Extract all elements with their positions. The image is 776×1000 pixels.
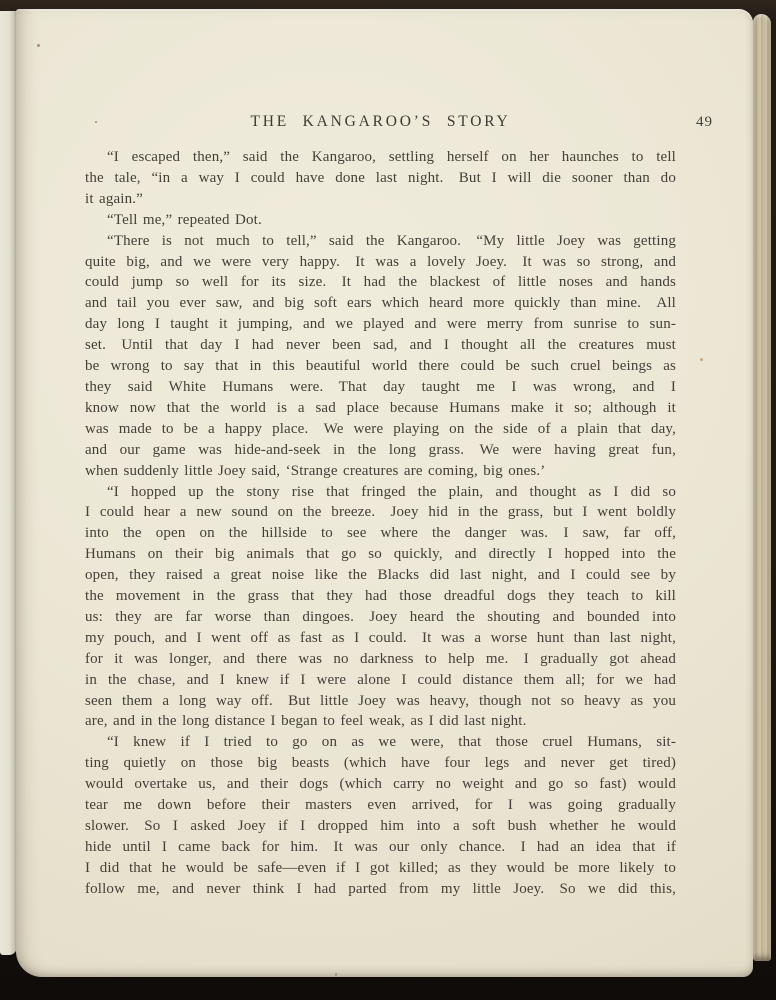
text-line: “Tell me,” repeated Dot. bbox=[85, 210, 676, 231]
text-line: hide until I came back for him. It was o… bbox=[85, 837, 676, 858]
gutter-page-edge bbox=[0, 11, 17, 955]
text-line: us: they are far worse than dingoes. Joe… bbox=[85, 607, 676, 628]
book-photo: THE KANGAROO’S STORY 49 “I escaped then,… bbox=[0, 0, 776, 1000]
fore-edge-page-stack bbox=[753, 14, 771, 961]
text-line: and our game was hide-and-seek in the lo… bbox=[85, 440, 676, 461]
age-speck bbox=[700, 358, 703, 361]
text-line: when suddenly little Joey said, ‘Strange… bbox=[85, 461, 676, 482]
text-line: are, and in the long distance I began to… bbox=[85, 711, 676, 732]
text-line: they said White Humans were. That day ta… bbox=[85, 377, 676, 398]
text-line: open, they raised a great noise like the… bbox=[85, 565, 676, 586]
text-line: was made to be a happy place. We were pl… bbox=[85, 419, 676, 440]
text-line: “I escaped then,” said the Kangaroo, set… bbox=[85, 147, 676, 168]
text-block: “I escaped then,” said the Kangaroo, set… bbox=[85, 147, 676, 900]
text-line: the movement in the grass that they had … bbox=[85, 586, 676, 607]
text-line: in the chase, and I knew if I were alone… bbox=[85, 670, 676, 691]
text-line: my pouch, and I went off as fast as I co… bbox=[85, 628, 676, 649]
text-line: follow me, and never think I had parted … bbox=[85, 879, 676, 900]
text-line: for it was longer, and there was no dark… bbox=[85, 649, 676, 670]
text-line: I could hear a new sound on the breeze. … bbox=[85, 502, 676, 523]
text-line: into the open on the hillside to see whe… bbox=[85, 523, 676, 544]
text-line: I did that he would be safe—even if I go… bbox=[85, 858, 676, 879]
text-line: know now that the world is a sad place b… bbox=[85, 398, 676, 419]
text-line: Humans on their big animals that go so q… bbox=[85, 544, 676, 565]
text-line: set. Until that day I had never been sad… bbox=[85, 335, 676, 356]
age-speck bbox=[335, 973, 337, 976]
running-title: THE KANGAROO’S STORY bbox=[250, 113, 510, 130]
text-line: could jump so well for its size. It had … bbox=[85, 272, 676, 293]
book-page: THE KANGAROO’S STORY 49 “I escaped then,… bbox=[16, 9, 753, 977]
text-line: slower. So I asked Joey if I dropped him… bbox=[85, 816, 676, 837]
text-line: be wrong to say that in this beautiful w… bbox=[85, 356, 676, 377]
text-line: would overtake us, and their dogs (which… bbox=[85, 774, 676, 795]
text-line: day long I taught it jumping, and we pla… bbox=[85, 314, 676, 335]
text-line: quite big, and we were very happy. It wa… bbox=[85, 252, 676, 273]
text-line: the tale, “in a way I could have done la… bbox=[85, 168, 676, 189]
age-speck bbox=[95, 121, 97, 123]
text-line: ting quietly on those big beasts (which … bbox=[85, 753, 676, 774]
text-line: “There is not much to tell,” said the Ka… bbox=[85, 231, 676, 252]
text-line: it again.” bbox=[85, 189, 676, 210]
text-line: tear me down before their masters even a… bbox=[85, 795, 676, 816]
text-line: seen them a long way off. But little Joe… bbox=[85, 691, 676, 712]
text-line: and tail you ever saw, and big soft ears… bbox=[85, 293, 676, 314]
page-header: THE KANGAROO’S STORY bbox=[85, 113, 676, 131]
text-line: “I hopped up the stony rise that fringed… bbox=[85, 482, 676, 503]
page-number: 49 bbox=[696, 114, 713, 131]
age-speck bbox=[37, 44, 40, 47]
text-line: “I knew if I tried to go on as we were, … bbox=[85, 732, 676, 753]
